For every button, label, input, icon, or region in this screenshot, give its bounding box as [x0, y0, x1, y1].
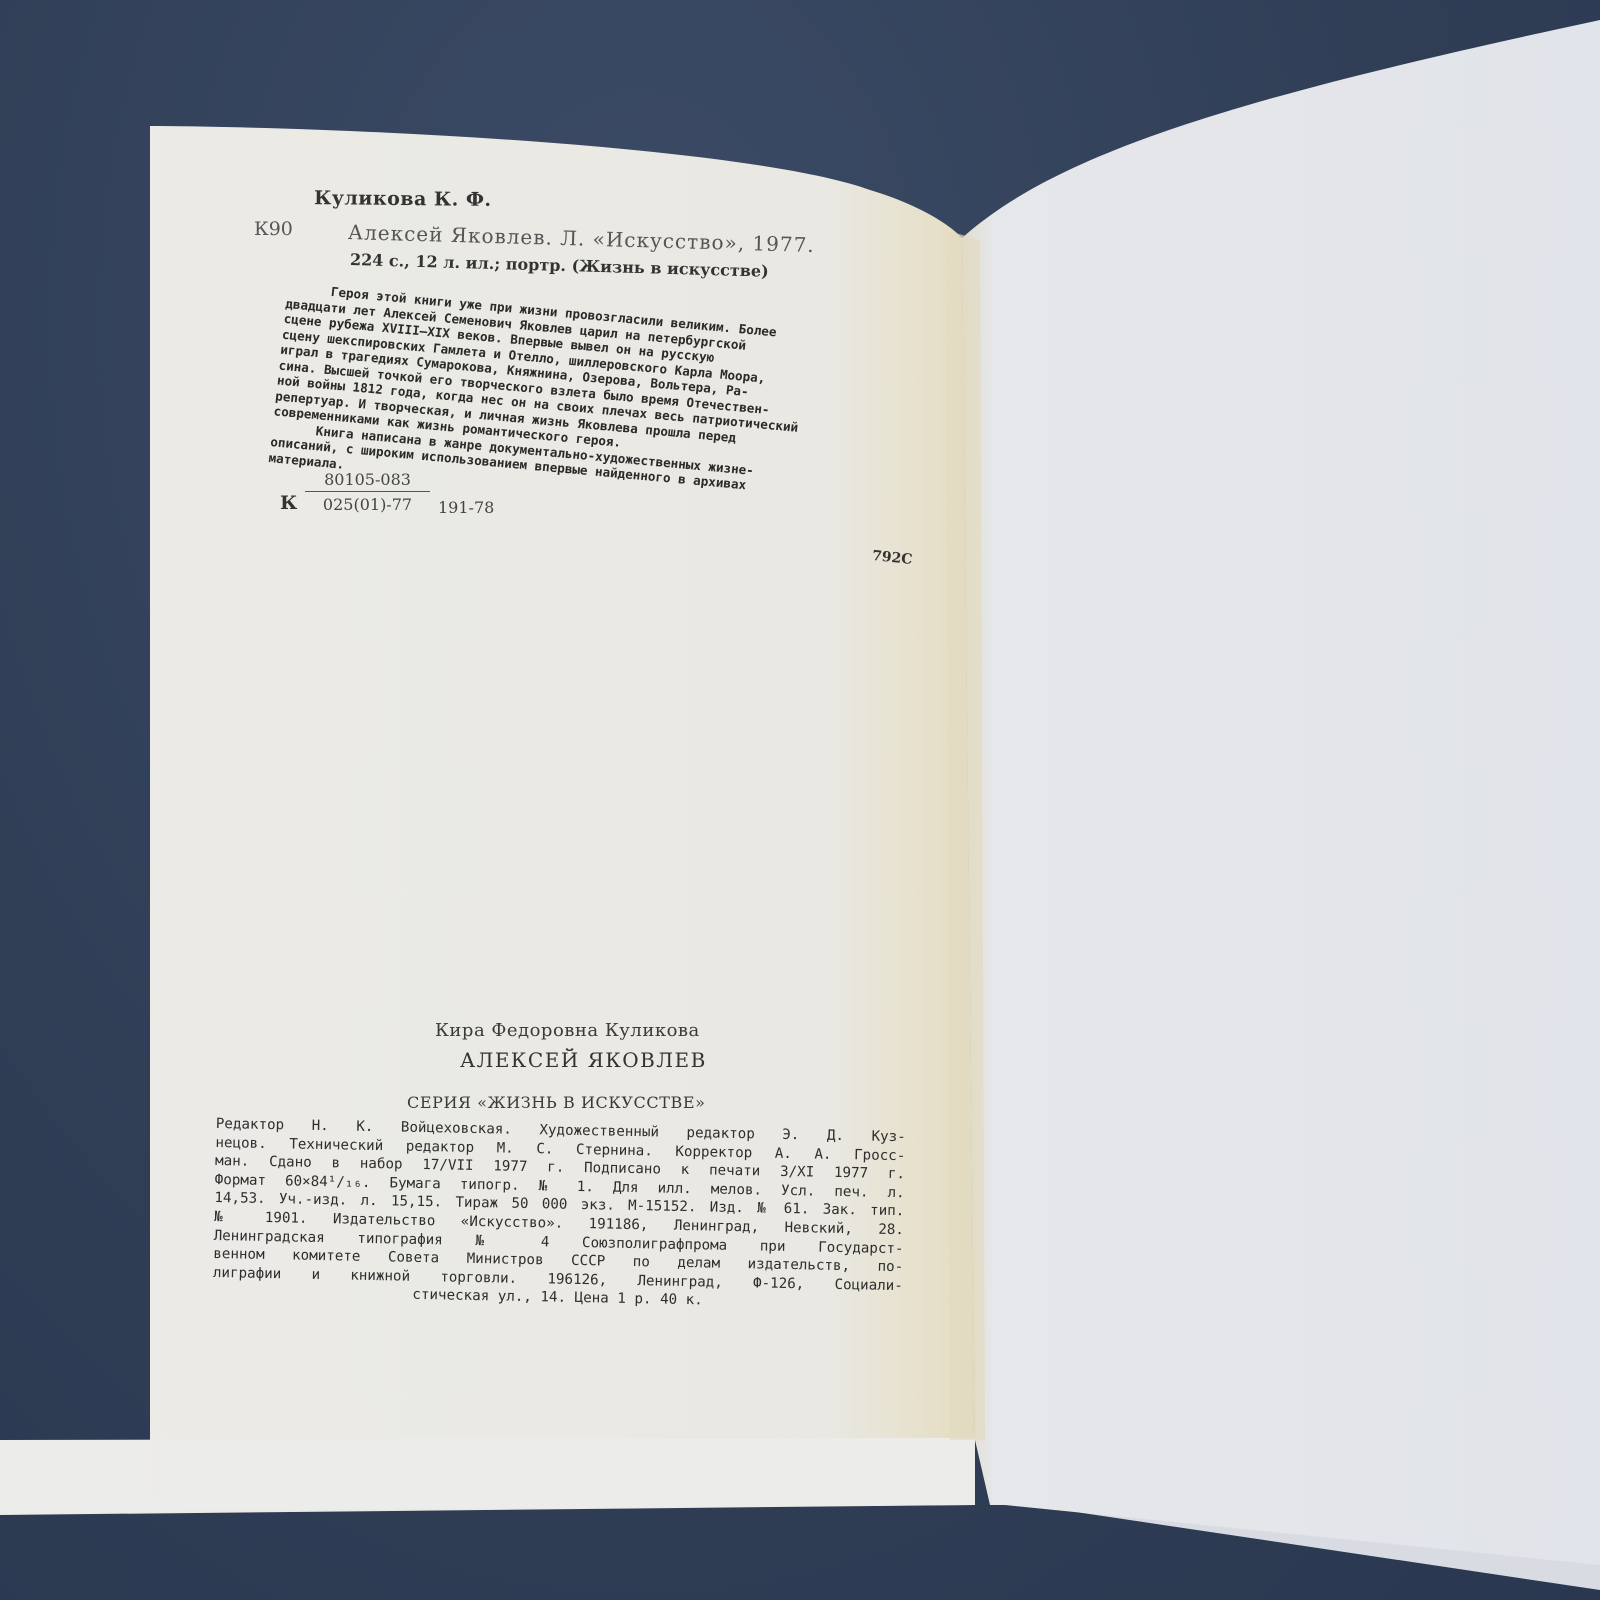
imprint-page: Куликова К. Ф. К90 Алексей Яковлев. Л. «… [210, 180, 910, 1380]
classification-fraction: 80105-083 025(01)-77 [305, 470, 430, 514]
catalog-author-heading: Куликова К. Ф. [314, 187, 492, 211]
photo-scene: Куликова К. Ф. К90 Алексей Яковлев. Л. «… [0, 0, 1600, 1600]
classification-letter: К [280, 492, 297, 514]
colophon-title: АЛЕКСЕЙ ЯКОВЛЕВ [460, 1048, 707, 1072]
fraction-numerator: 80105-083 [305, 470, 430, 492]
fraction-suffix: 191-78 [438, 498, 494, 517]
imprint-details: Редактор Н. К. Войцеховская. Художествен… [212, 1115, 905, 1314]
bbk-code: 792С [871, 548, 913, 568]
catalog-call-number: К90 [254, 218, 293, 240]
right-page [962, 20, 1600, 1565]
colophon-series: СЕРИЯ «ЖИЗНЬ В ИСКУССТВЕ» [407, 1093, 706, 1112]
fraction-denominator: 025(01)-77 [305, 492, 430, 514]
colophon-author: Кира Федоровна Куликова [435, 1020, 700, 1041]
catalog-physical-description: 224 с., 12 л. ил.; портр. (Жизнь в искус… [350, 250, 769, 281]
